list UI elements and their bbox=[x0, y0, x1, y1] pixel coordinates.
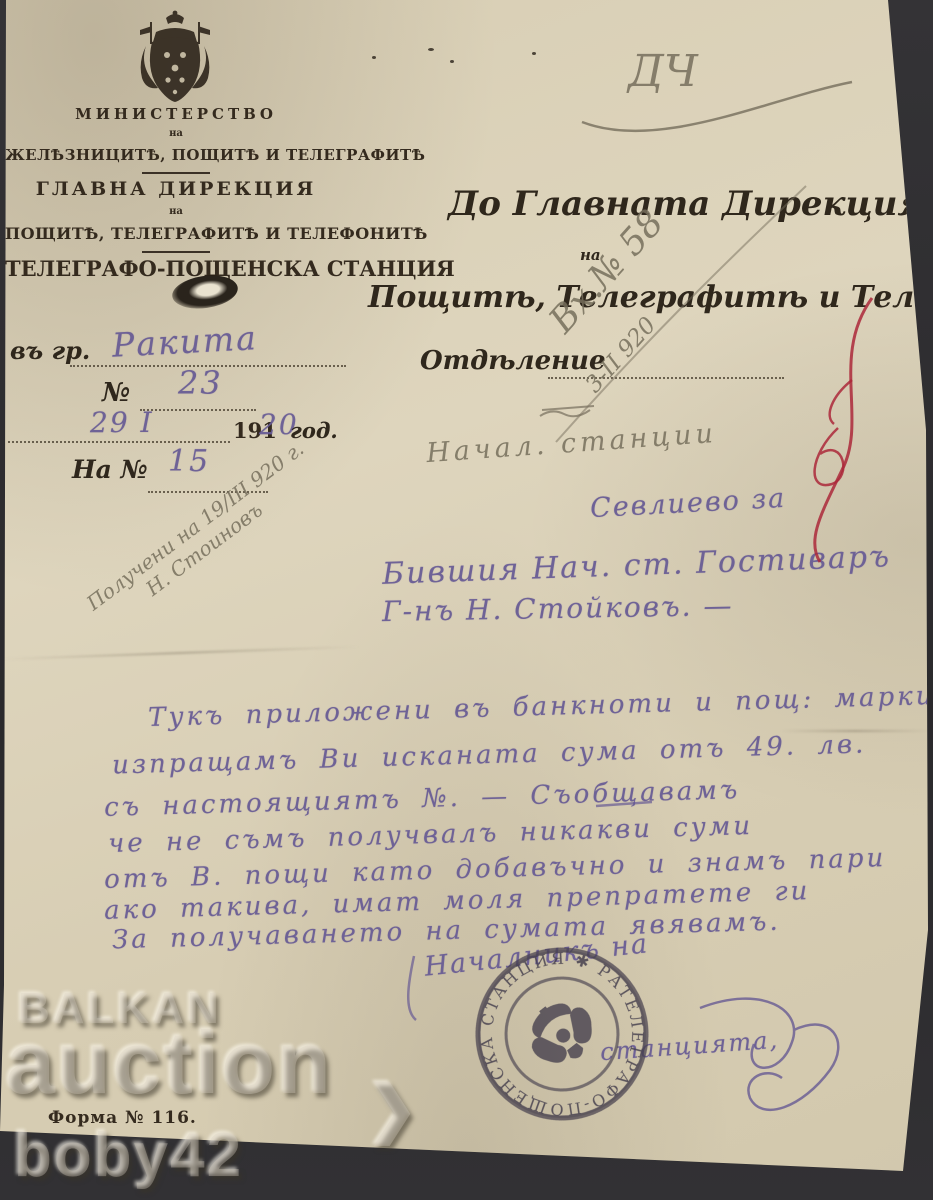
pencil-swoosh bbox=[582, 82, 852, 131]
watermark-boby42: boby42 bbox=[14, 1120, 243, 1191]
red-ink-scrawl-loop bbox=[815, 380, 852, 485]
pencil-diagonal-stroke bbox=[556, 186, 806, 442]
signature-flourish bbox=[700, 999, 838, 1110]
scratched-out-scribble bbox=[540, 406, 594, 416]
red-ink-scrawl bbox=[815, 298, 872, 562]
body-dash bbox=[596, 802, 652, 806]
watermark-auction: auction bbox=[6, 1012, 333, 1114]
watermark-arrow-icon: ❯ bbox=[366, 1072, 418, 1145]
paper-crease bbox=[780, 730, 930, 732]
signature-initial-stroke bbox=[408, 956, 416, 1020]
